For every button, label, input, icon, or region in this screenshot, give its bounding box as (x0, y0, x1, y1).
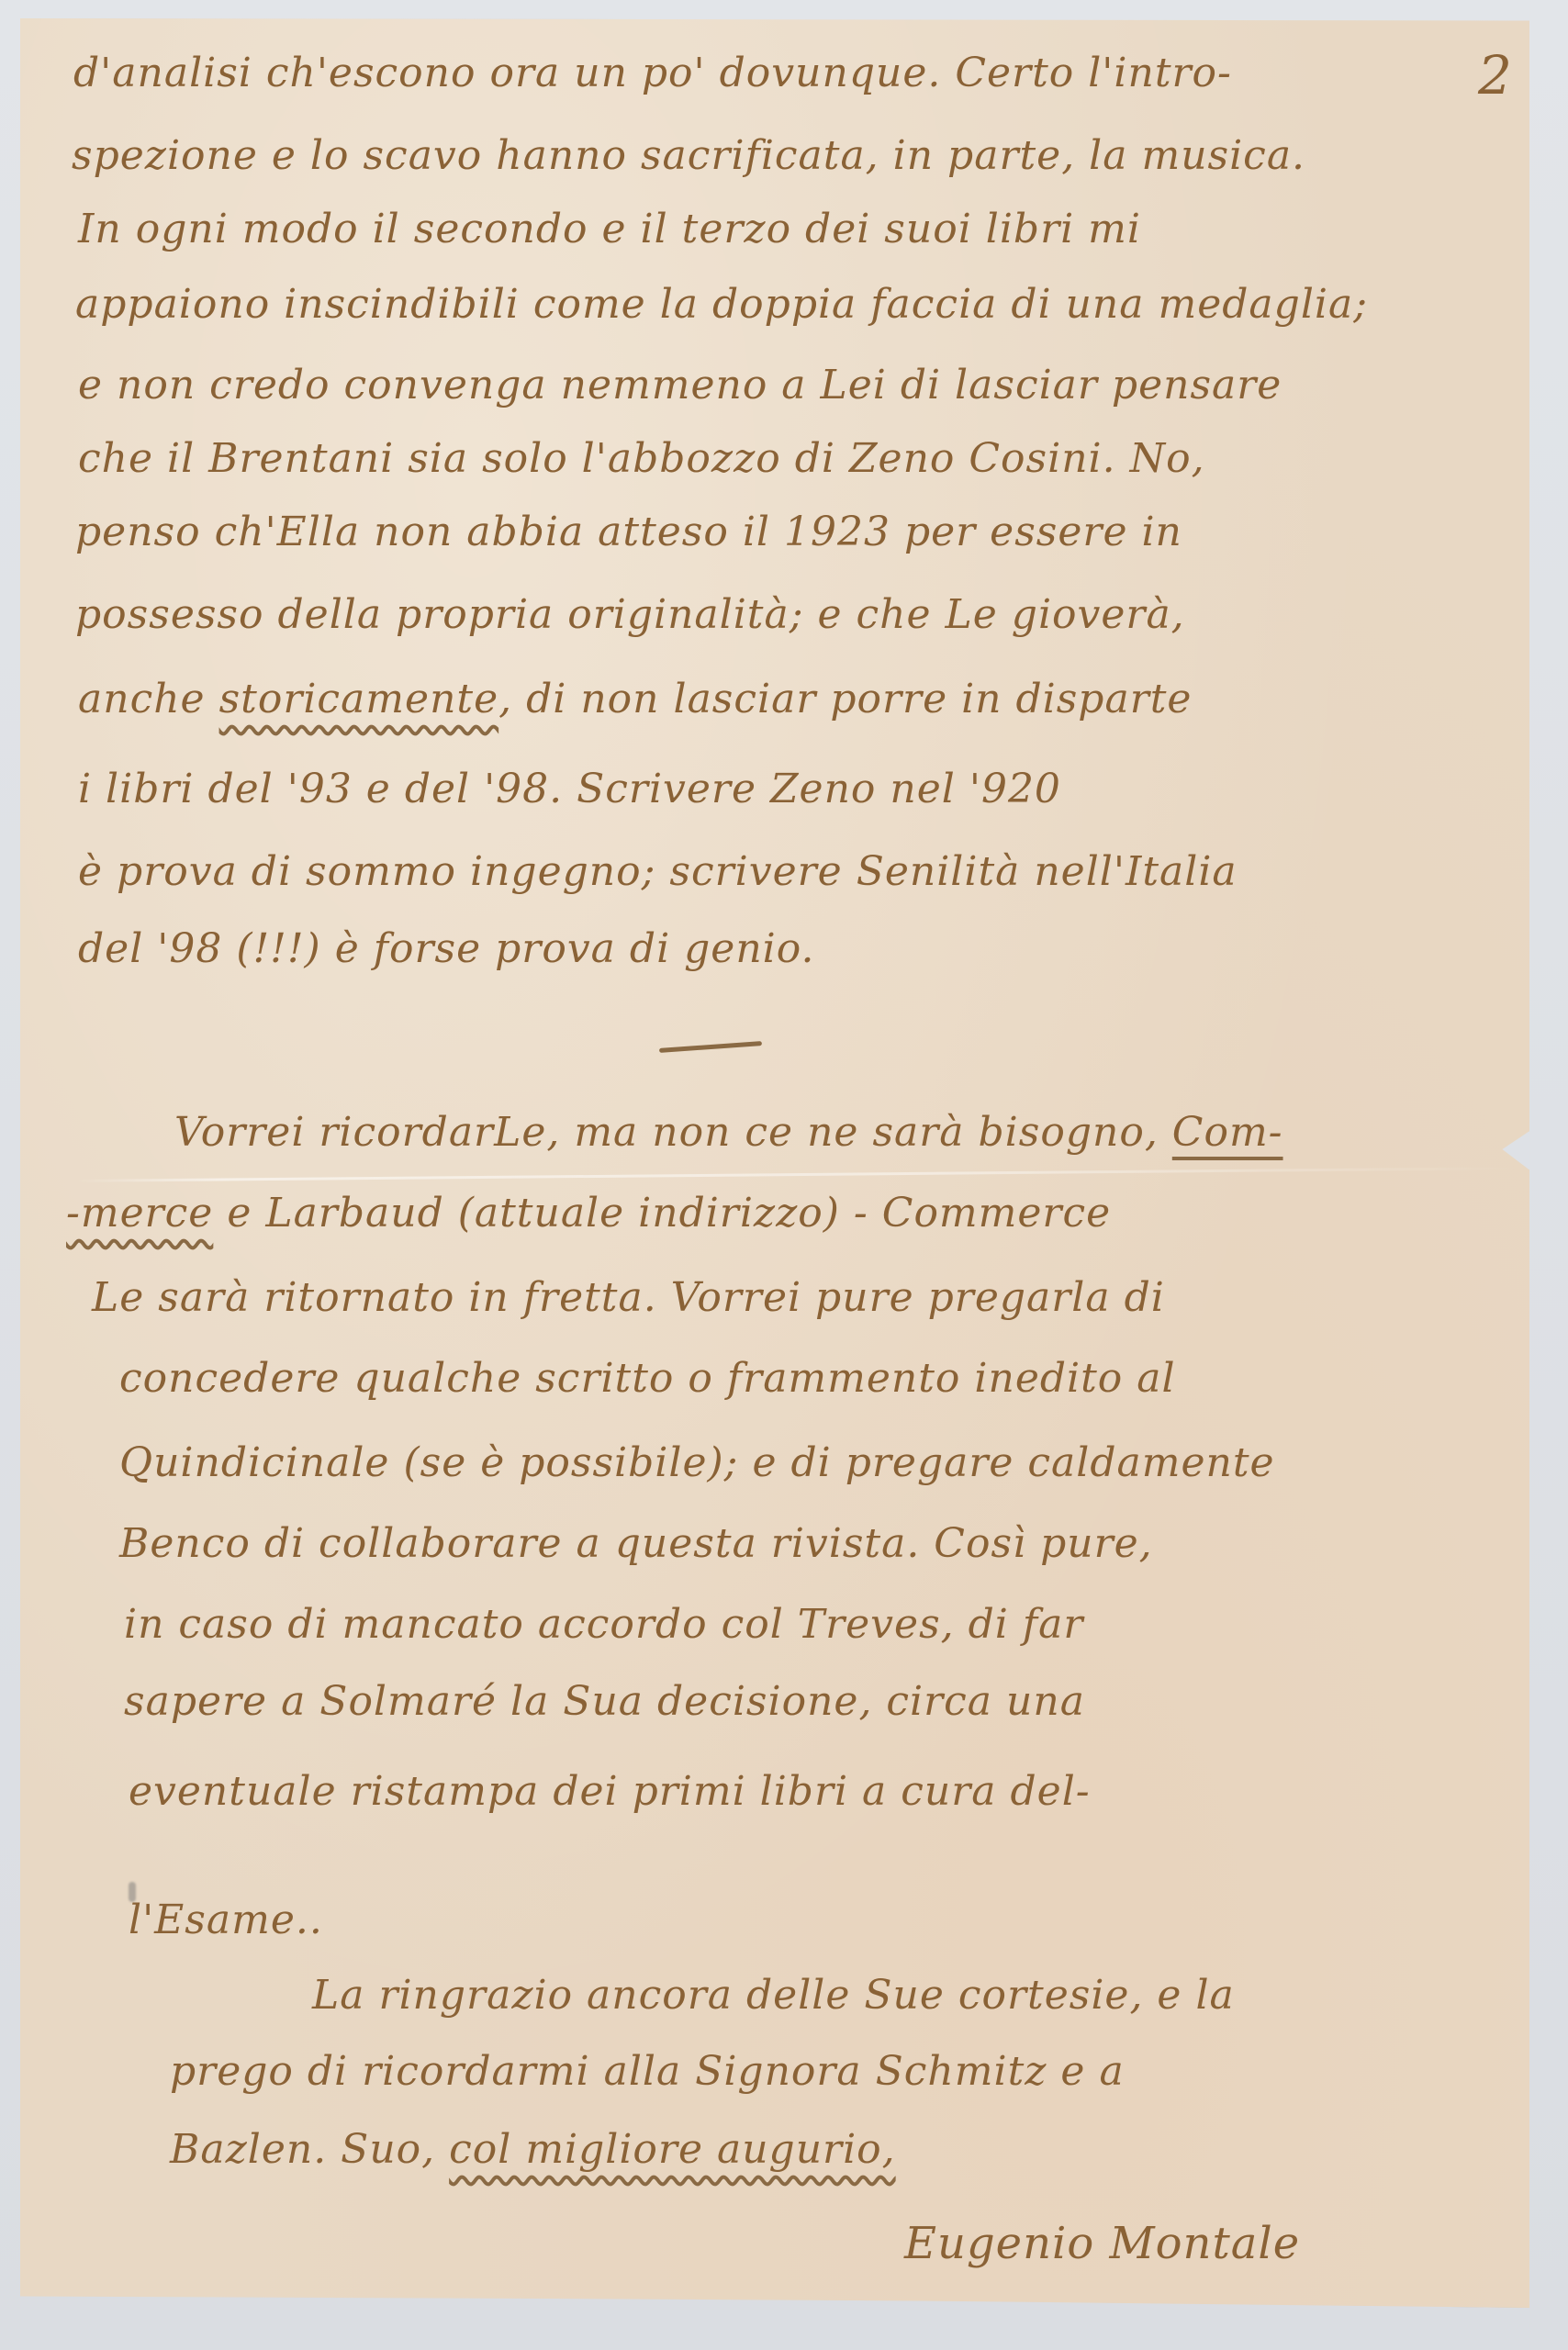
line-text: è prova di sommo ingegno; scrivere Senil… (78, 848, 1238, 895)
line-text: Vorrei ricordarLe, ma non ce ne sarà bis… (174, 1109, 1172, 1156)
letter-line: del '98 (!!!) è forse prova di genio. (78, 929, 814, 969)
letter-line: in caso di mancato accordo col Treves, d… (124, 1605, 1083, 1645)
line-text: La ringrazio ancora delle Sue cortesie, … (312, 1972, 1235, 2019)
line-text: Benco di collaborare a questa rivista. C… (119, 1520, 1153, 1567)
line-text: prego di ricordarmi alla Signora Schmitz… (170, 2048, 1125, 2095)
letter-line: prego di ricordarmi alla Signora Schmitz… (170, 2052, 1125, 2092)
letter-line: anche storicamente, di non lasciar porre… (78, 679, 1192, 720)
letter-line: Benco di collaborare a questa rivista. C… (119, 1524, 1153, 1564)
line-text: e non credo convenga nemmeno a Lei di la… (78, 362, 1282, 408)
underlined-text: Com- (1172, 1109, 1283, 1156)
letter-line: spezione e lo scavo hanno sacrificata, i… (72, 136, 1305, 176)
line-text: del '98 (!!!) è forse prova di genio. (78, 925, 814, 972)
line-text: sapere a Solmaré la Sua decisione, circa… (124, 1678, 1085, 1725)
line-text: Le sarà ritornato in fretta. Vorrei pure… (92, 1274, 1165, 1321)
line-text: possesso della propria originalità; e ch… (75, 591, 1185, 638)
line-text: eventuale ristampa dei primi libri a cur… (129, 1768, 1091, 1815)
line-text: penso ch'Ella non abbia atteso il 1923 p… (75, 509, 1182, 555)
letter-line: Quindicinale (se è possibile); e di preg… (119, 1443, 1275, 1483)
letter-line: d'analisi ch'escono ora un po' dovunque.… (73, 53, 1232, 94)
line-text: In ogni modo il secondo e il terzo dei s… (78, 206, 1141, 252)
letter-line: -merce e Larbaud (attuale indirizzo) - C… (66, 1193, 1111, 1234)
line-text: che il Brentani sia solo l'abbozzo di Ze… (78, 435, 1205, 482)
underlined-text: storicamente (219, 676, 499, 722)
letter-line: eventuale ristampa dei primi libri a cur… (129, 1772, 1091, 1812)
line-text: anche (78, 676, 219, 722)
line-text: Bazlen. Suo, (170, 2126, 449, 2173)
line-text: Quindicinale (se è possibile); e di preg… (119, 1439, 1275, 1486)
letter-line: concedere qualche scritto o frammento in… (119, 1359, 1176, 1399)
letter-line: penso ch'Ella non abbia atteso il 1923 p… (75, 512, 1182, 553)
line-text: spezione e lo scavo hanno sacrificata, i… (72, 132, 1305, 179)
letter-line: Bazlen. Suo, col migliore augurio, (170, 2130, 896, 2170)
signature: Eugenio Montale (904, 2221, 1300, 2266)
letter-line: La ringrazio ancora delle Sue cortesie, … (312, 1975, 1235, 2016)
letter-line: Le sarà ritornato in fretta. Vorrei pure… (92, 1278, 1165, 1318)
line-text: e Larbaud (attuale indirizzo) - Commerce (213, 1190, 1111, 1237)
line-text: appaiono inscindibili come la doppia fac… (75, 281, 1368, 328)
letter-line: è prova di sommo ingegno; scrivere Senil… (78, 852, 1238, 892)
letter-line: possesso della propria originalità; e ch… (75, 595, 1185, 635)
letter-line: i libri del '93 e del '98. Scrivere Zeno… (78, 769, 1061, 810)
underlined-text: -merce (66, 1190, 213, 1237)
line-text: concedere qualche scritto o frammento in… (119, 1355, 1176, 1402)
letter-line: sapere a Solmaré la Sua decisione, circa… (124, 1682, 1085, 1722)
letter-line: che il Brentani sia solo l'abbozzo di Ze… (78, 439, 1205, 479)
letter-line: In ogni modo il secondo e il terzo dei s… (78, 209, 1141, 250)
line-text: , di non lasciar porre in disparte (498, 676, 1192, 722)
underlined-text: col migliore augurio, (449, 2126, 896, 2173)
letter-line: appaiono inscindibili come la doppia fac… (75, 285, 1368, 325)
line-text: l'Esame.. (129, 1897, 323, 1943)
letter-line: Vorrei ricordarLe, ma non ce ne sarà bis… (174, 1113, 1283, 1153)
line-text: i libri del '93 e del '98. Scrivere Zeno… (78, 766, 1061, 812)
letter-line: l'Esame.. (129, 1900, 323, 1941)
line-text: d'analisi ch'escono ora un po' dovunque.… (73, 50, 1232, 96)
line-text: in caso di mancato accordo col Treves, d… (124, 1601, 1083, 1648)
page-number: 2 (1478, 44, 1512, 106)
letter-line: e non credo convenga nemmeno a Lei di la… (78, 365, 1282, 406)
paper-fold-crease (75, 1167, 1526, 1182)
